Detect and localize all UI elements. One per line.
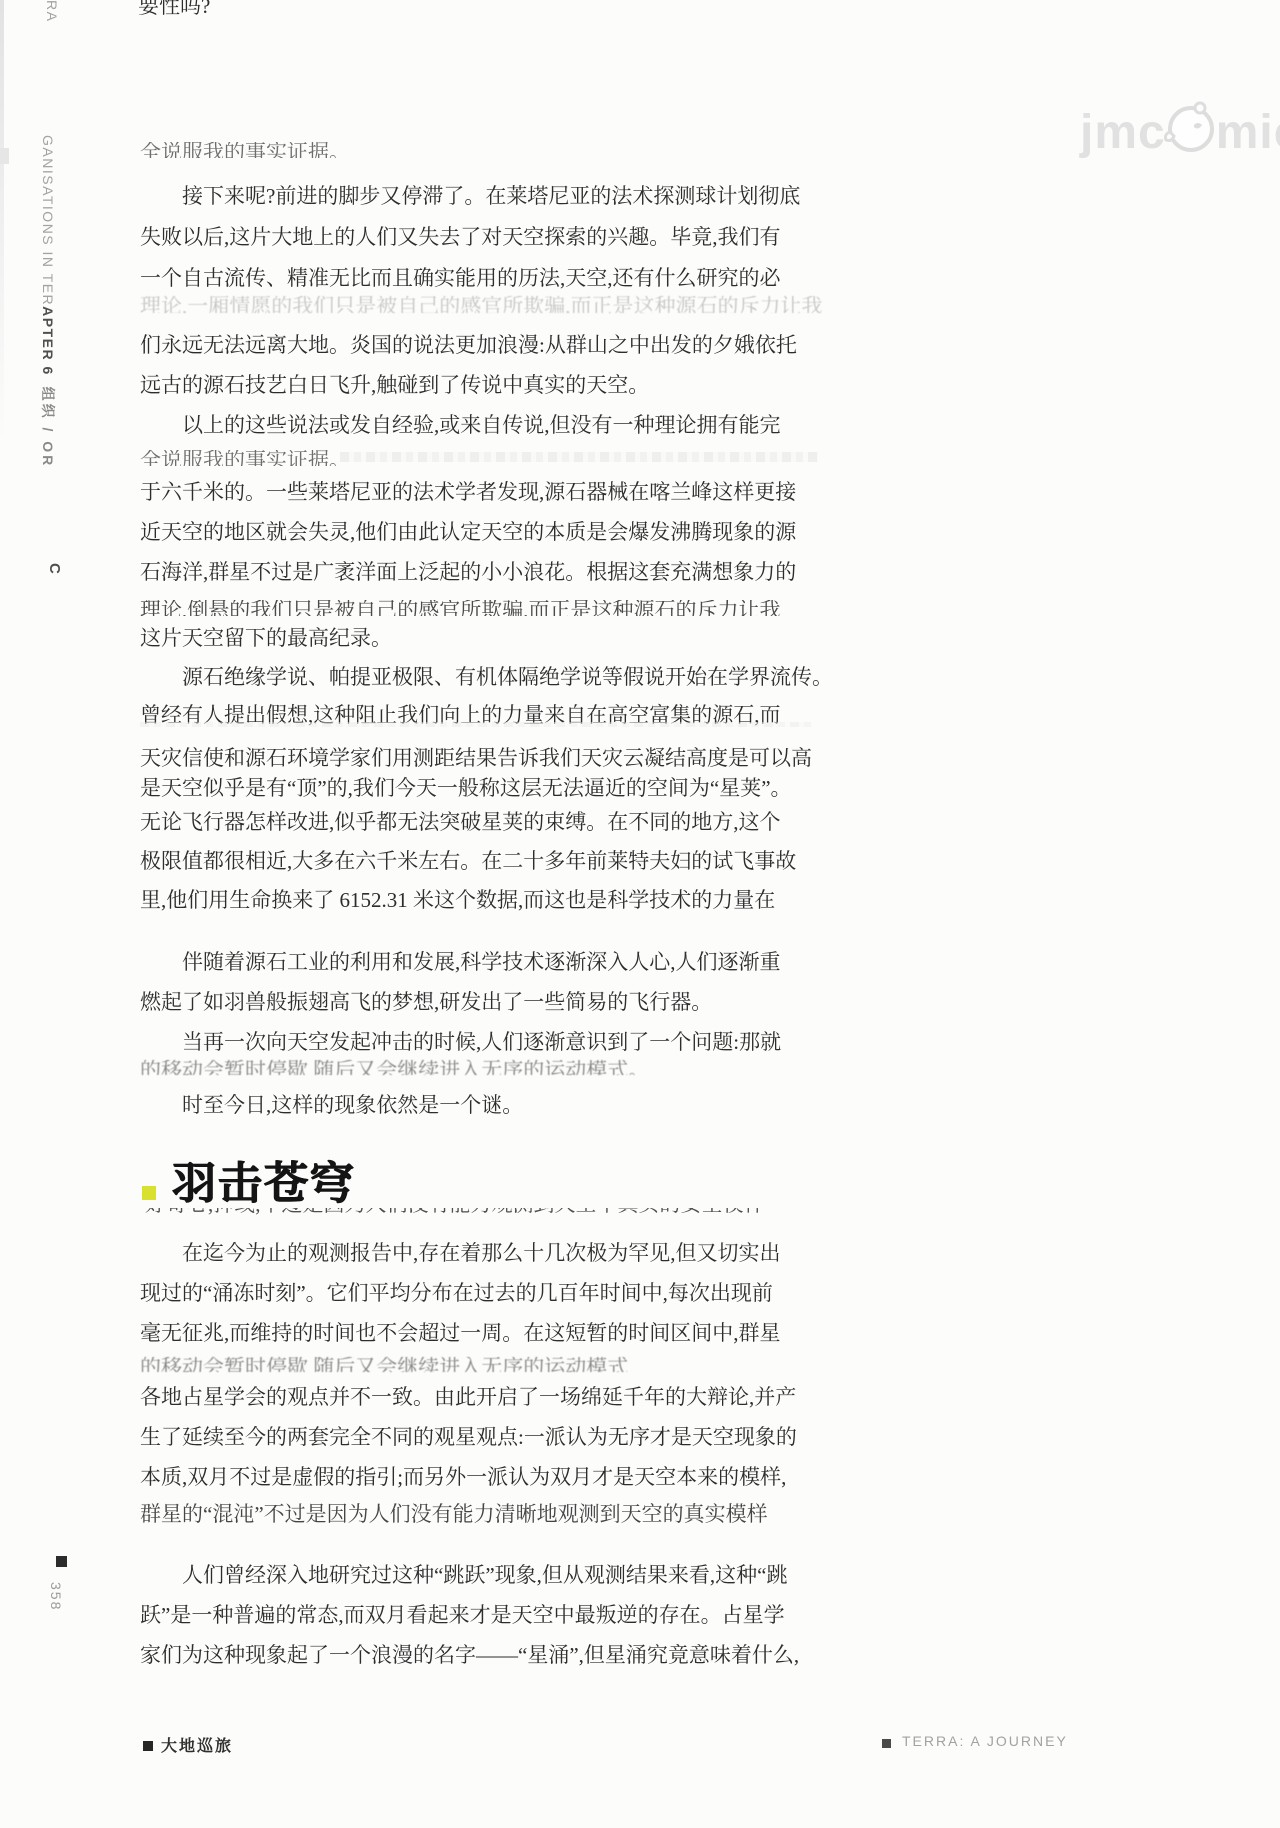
text-line: 以上的这些说法或发自经验,或来自传说,但没有一种理论拥有能完 [182,415,781,436]
text-line: 源石绝缘学说、帕提亚极限、有机体隔绝学说等假说开始在学界流传。 [182,667,833,688]
text-line: 人们曾经深入地研究过这种“跳跃”现象,但从观测结果来看,这种“跳 [182,1565,787,1586]
text-line: 燃起了如羽兽般振翅高飞的梦想,研发出了一些简易的飞行器。 [140,992,712,1013]
text-line: 失败以后,这片大地上的人们又失去了对天空探索的兴趣。毕竟,我们有 [140,227,781,248]
book-page: RA GANISATIONS IN TERAPTER 6 组织 / OR C 3… [0,0,1280,1828]
text-line: 天灾信使和源石环境学家们用测距结果告诉我们天灾云凝结高度是可以高 [140,748,812,769]
ghost-text-smear [140,722,812,727]
section-heading: 羽击苍穹 [172,1160,356,1208]
text-line: 理论,一厢情愿的我们只是被自己的感官所欺骗,而正是这种源石的斥力让我 [140,296,823,313]
text-line: 跃”是一种普遍的常态,而双月看起来才是天空中最叛逆的存在。占星学 [140,1605,785,1626]
text-line: 生了延续至今的两套完全不同的观星观点:一派认为无序才是天空现象的 [140,1427,797,1448]
text-line: 在迄今为止的观测报告中,存在着那么十几次极为罕见,但又切实出 [182,1243,781,1264]
text-line: 要性吗? [138,0,210,17]
text-line: 极限值都很相近,大多在六千米左右。在二十多年前莱特夫妇的试飞事故 [140,851,796,872]
text-line: 本质,双月不过是虚假的指引;而另外一派认为双月才是天空本来的模样, [140,1467,786,1488]
text-line: 毫无征兆,而维持的时间也不会超过一周。在这短暂的时间区间中,群星 [140,1323,781,1344]
text-line: 这片天空留下的最高纪录。 [140,628,392,649]
text-line: 伴随着源石工业的利用和发展,科学技术逐渐深入人心,人们逐渐重 [182,952,781,973]
text-line: 现过的“涌冻时刻”。它们平均分布在过去的几百年时间中,每次出现前 [140,1283,773,1304]
ghost-text-smear [340,452,818,462]
heading-bullet-icon [142,1186,156,1200]
text-line: 全说服我的事实证据。 [140,450,350,466]
text-line: 的移动会暂时停歇,随后又会继续进入无序的运动模式 [140,1357,628,1372]
text-line: 好奇心,抑或,不过是因为人们没有能力观测到天空中真实的安全模样 [145,1208,765,1216]
text-line: 远古的源石技艺白日飞升,触碰到了传说中真实的天空。 [140,375,649,396]
text-line: 于六千米的。一些莱塔尼亚的法术学者发现,源石器械在喀兰峰这样更接 [140,482,796,503]
text-line: 无论飞行器怎样改进,似乎都无法突破星荚的束缚。在不同的地方,这个 [140,812,781,833]
text-line: 家们为这种现象起了一个浪漫的名字——“星涌”,但星涌究竟意味着什么, [140,1645,799,1666]
text-line: 近天空的地区就会失灵,他们由此认定天空的本质是会爆发沸腾现象的源 [140,522,796,543]
footer-left-label: 大地巡旅 [161,1733,233,1756]
text-line: 接下来呢?前进的脚步又停滞了。在莱塔尼亚的法术探测球计划彻底 [182,186,800,207]
footer-right-label: TERRA: A JOURNEY [902,1733,1068,1749]
text-line: 是天空似乎是有“顶”的,我们今天一般称这层无法逼近的空间为“星荚”。 [140,778,792,799]
footer-right-marker-icon [882,1739,891,1748]
text-line: 各地占星学会的观点并不一致。由此开启了一场绵延千年的大辩论,并产 [140,1387,796,1408]
footer-left-marker-icon [143,1741,153,1751]
text-line: 理论,倒悬的我们只是被自己的感官所欺骗,而正是这种源石的斥力让我 [140,600,781,616]
text-line: 的移动会暂时停歇,随后又会继续进入无序的运动模式。 [140,1060,649,1075]
text-line: 时至今日,这样的现象依然是一个谜。 [182,1095,523,1116]
text-line: 一个自古流传、精准无比而且确实能用的历法,天空,还有什么研究的必 [140,268,781,289]
text-line: 们永远无法远离大地。炎国的说法更加浪漫:从群山之中出发的夕娥依托 [140,335,797,356]
text-line: 石海洋,群星不过是广袤洋面上泛起的小小浪花。根据这套充满想象力的 [140,562,796,583]
text-line: 全说服我的事实证据。 [140,142,350,158]
text-line: 里,他们用生命换来了 6152.31 米这个数据,而这也是科学技术的力量在 [140,890,775,911]
text-layer: 要性吗?全说服我的事实证据。接下来呢?前进的脚步又停滞了。在莱塔尼亚的法术探测球… [0,0,1280,1828]
text-line: 当再一次向天空发起冲击的时候,人们逐渐意识到了一个问题:那就 [182,1032,781,1053]
text-line: 群星的“混沌”不过是因为人们没有能力清晰地观测到天空的真实模样 [140,1504,768,1525]
